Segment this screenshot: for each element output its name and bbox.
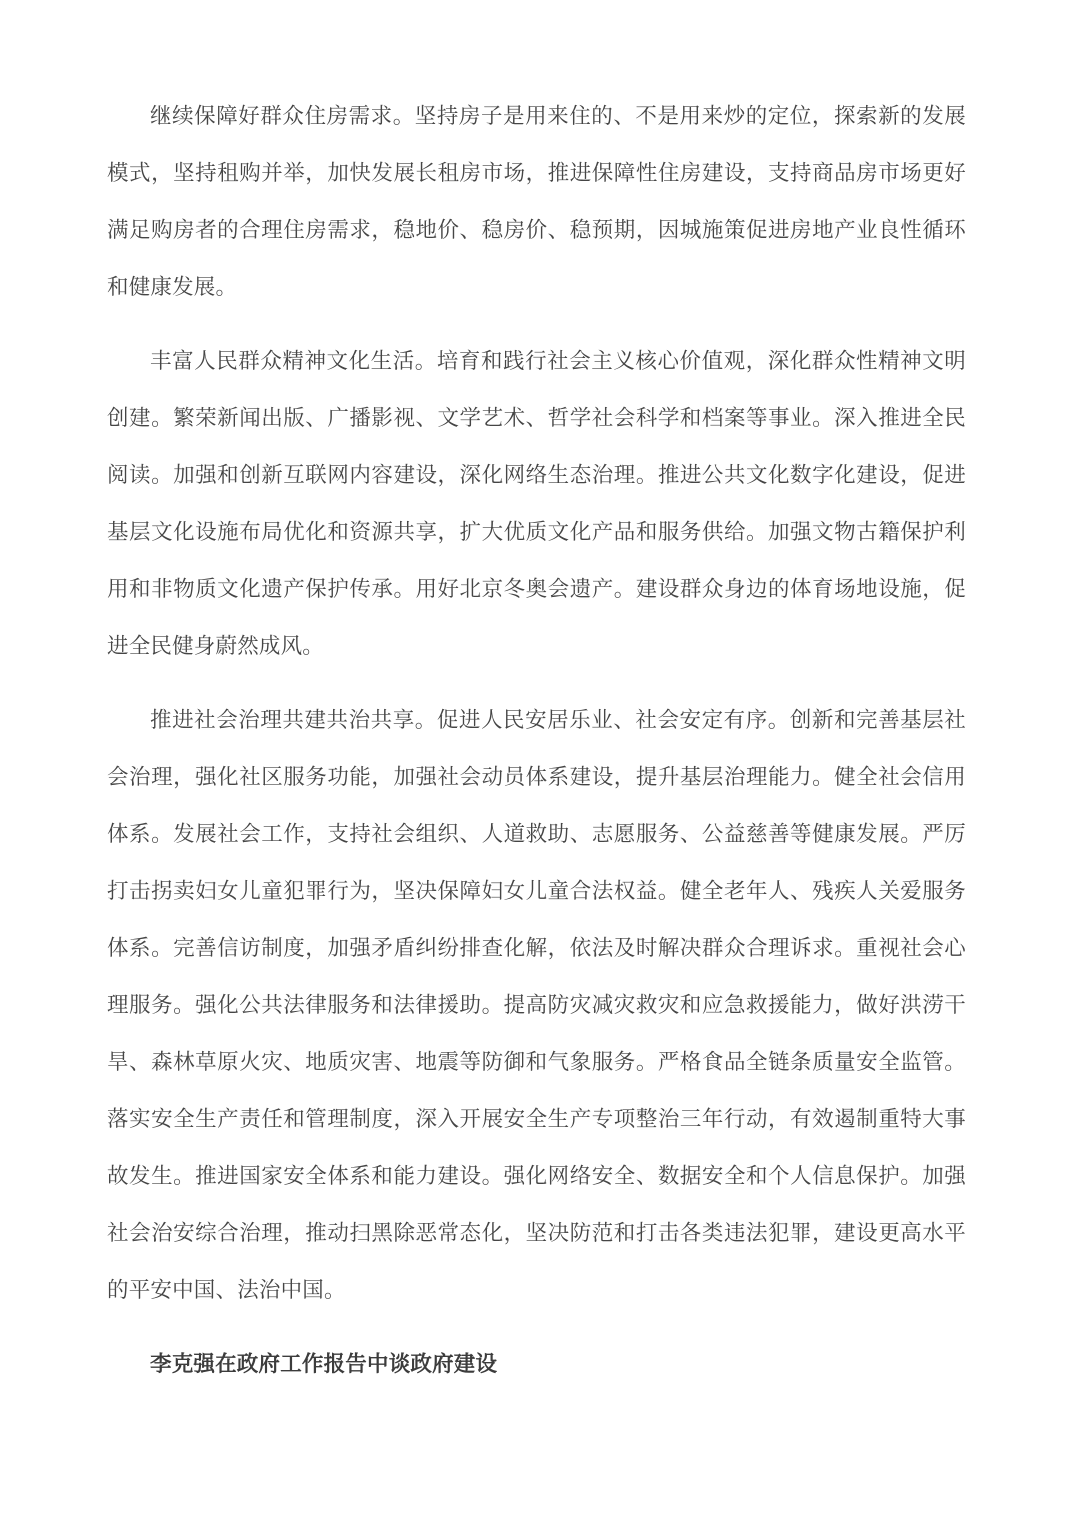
paragraph-culture-life: 丰富人民群众精神文化生活。培育和践行社会主义核心价值观，深化群众性精神文明创建。… — [107, 333, 966, 675]
document-page: 继续保障好群众住房需求。坚持房子是用来住的、不是用来炒的定位，探索新的发展模式，… — [0, 0, 1074, 1520]
paragraph-housing: 继续保障好群众住房需求。坚持房子是用来住的、不是用来炒的定位，探索新的发展模式，… — [107, 88, 966, 316]
section-heading-government-building: 李克强在政府工作报告中谈政府建设 — [107, 1336, 966, 1393]
paragraph-social-governance: 推进社会治理共建共治共享。促进人民安居乐业、社会安定有序。创新和完善基层社会治理… — [107, 692, 966, 1319]
